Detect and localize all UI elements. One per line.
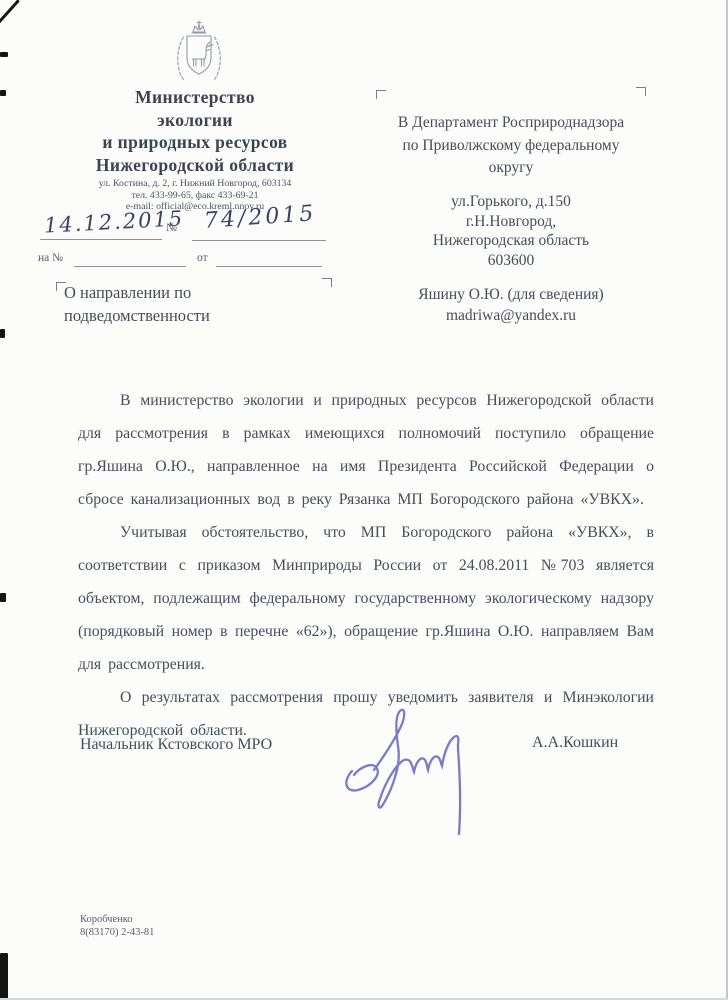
recipient-organization: В Департамент Росприроднадзора по Привол…: [368, 112, 654, 180]
ministry-title-line: экологии: [28, 109, 362, 132]
recipient-person-line: Яшину О.Ю. (для сведения): [368, 285, 654, 306]
subject-line: подведомственности: [64, 304, 332, 327]
recipient-corner-mark: [636, 87, 646, 96]
recipient-address-line: ул.Горького, д.150: [368, 192, 654, 212]
letterhead-address: ул. Костина, д. 2, г. Нижний Новгород, 6…: [28, 178, 362, 190]
coat-of-arms-emblem: [168, 20, 230, 86]
scan-artifact-dash: [0, 52, 8, 57]
date-underline: [40, 239, 162, 240]
scan-artifact-corner-bar: [0, 953, 8, 1000]
number-sign-label: №: [166, 222, 177, 234]
body-paragraph: Учитывая обстоятельство, что МП Богородс…: [78, 516, 654, 681]
letterhead-phone: тел. 433-99-65, факс 433-69-21: [28, 190, 362, 202]
scan-artifact-dash: [0, 593, 6, 602]
ministry-title-line: Министерство: [28, 86, 362, 109]
number-underline: [192, 240, 326, 241]
recipient-attention: Яшину О.Ю. (для сведения) madriwa@yandex…: [368, 285, 654, 326]
ministry-title: Министерство экологии и природных ресурс…: [28, 86, 362, 176]
recipient-email-line: madriwa@yandex.ru: [368, 306, 654, 327]
recipient-corner-mark: [376, 90, 386, 99]
reply-to-label: на №: [38, 252, 63, 264]
recipient-address: ул.Горького, д.150 г.Н.Новгород, Нижегор…: [368, 192, 654, 270]
recipient-org-line: В Департамент Росприроднадзора: [368, 112, 654, 135]
signer-name: А.А.Кошкин: [532, 734, 618, 752]
letter-body: В министерство экологии и природных ресу…: [78, 384, 654, 747]
subject-block: О направлении по подведомственности: [64, 281, 332, 327]
body-paragraph: В министерство экологии и природных ресу…: [78, 384, 654, 516]
recipient-address-line: Нижегородская область: [368, 231, 654, 251]
handwritten-signature-icon: [338, 694, 498, 842]
scan-artifact-dash: [0, 90, 6, 96]
executor-phone: 8(83170) 2-43-81: [80, 926, 154, 939]
ministry-title-line: и природных ресурсов: [28, 131, 362, 154]
executor-name: Коробченко: [80, 913, 154, 926]
subject-line: О направлении по: [64, 281, 332, 304]
scan-artifact-dash: [0, 329, 5, 338]
scan-artifact-diagonal: [0, 0, 20, 27]
recipient-address-line: 603600: [368, 251, 654, 271]
signer-position-title: Начальник Кстовского МРО: [80, 736, 272, 754]
from-underline: [216, 266, 322, 267]
scanned-letter-page: Министерство экологии и природных ресурс…: [0, 0, 728, 1000]
recipient-address-line: г.Н.Новгород,: [368, 212, 654, 232]
from-label: от: [197, 252, 208, 264]
reply-to-underline: [74, 266, 186, 267]
ministry-title-line: Нижегородской области: [28, 154, 362, 177]
executor-block: Коробченко 8(83170) 2-43-81: [80, 913, 154, 939]
recipient-org-line: округу: [368, 157, 654, 180]
recipient-org-line: по Приволжскому федеральному: [368, 135, 654, 158]
